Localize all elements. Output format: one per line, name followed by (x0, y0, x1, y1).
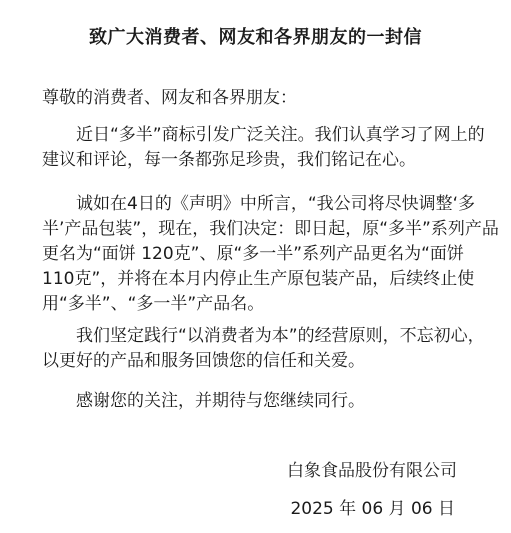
letter-title: 致广大消费者、网友和各界朋友的一封信 (0, 25, 511, 50)
letter-page: 致广大消费者、网友和各界朋友的一封信 尊敬的消费者、网友和各界朋友： 近日“多半… (0, 0, 511, 533)
salutation: 尊敬的消费者、网友和各界朋友： (42, 86, 497, 111)
company-signature: 白象食品股份有限公司 (287, 459, 457, 484)
letter-date: 2025 年 06 月 06 日 (290, 497, 455, 522)
paragraph-recent-attention: 近日“多半”商标引发广泛关注。我们认真学习了网上的建议和评论，每一条都弥足珍贵，… (42, 123, 499, 173)
paragraph-thanks: 感谢您的关注，并期待与您继续同行。 (42, 389, 499, 414)
paragraph-renaming-decision: 诚如在4日的《声明》中所言，“我公司将尽快调整‘多半’产品包装”，现在，我们决定… (42, 192, 499, 317)
paragraph-business-principle: 我们坚定践行“以消费者为本”的经营原则，不忘初心，以更好的产品和服务回馈您的信任… (42, 324, 499, 374)
